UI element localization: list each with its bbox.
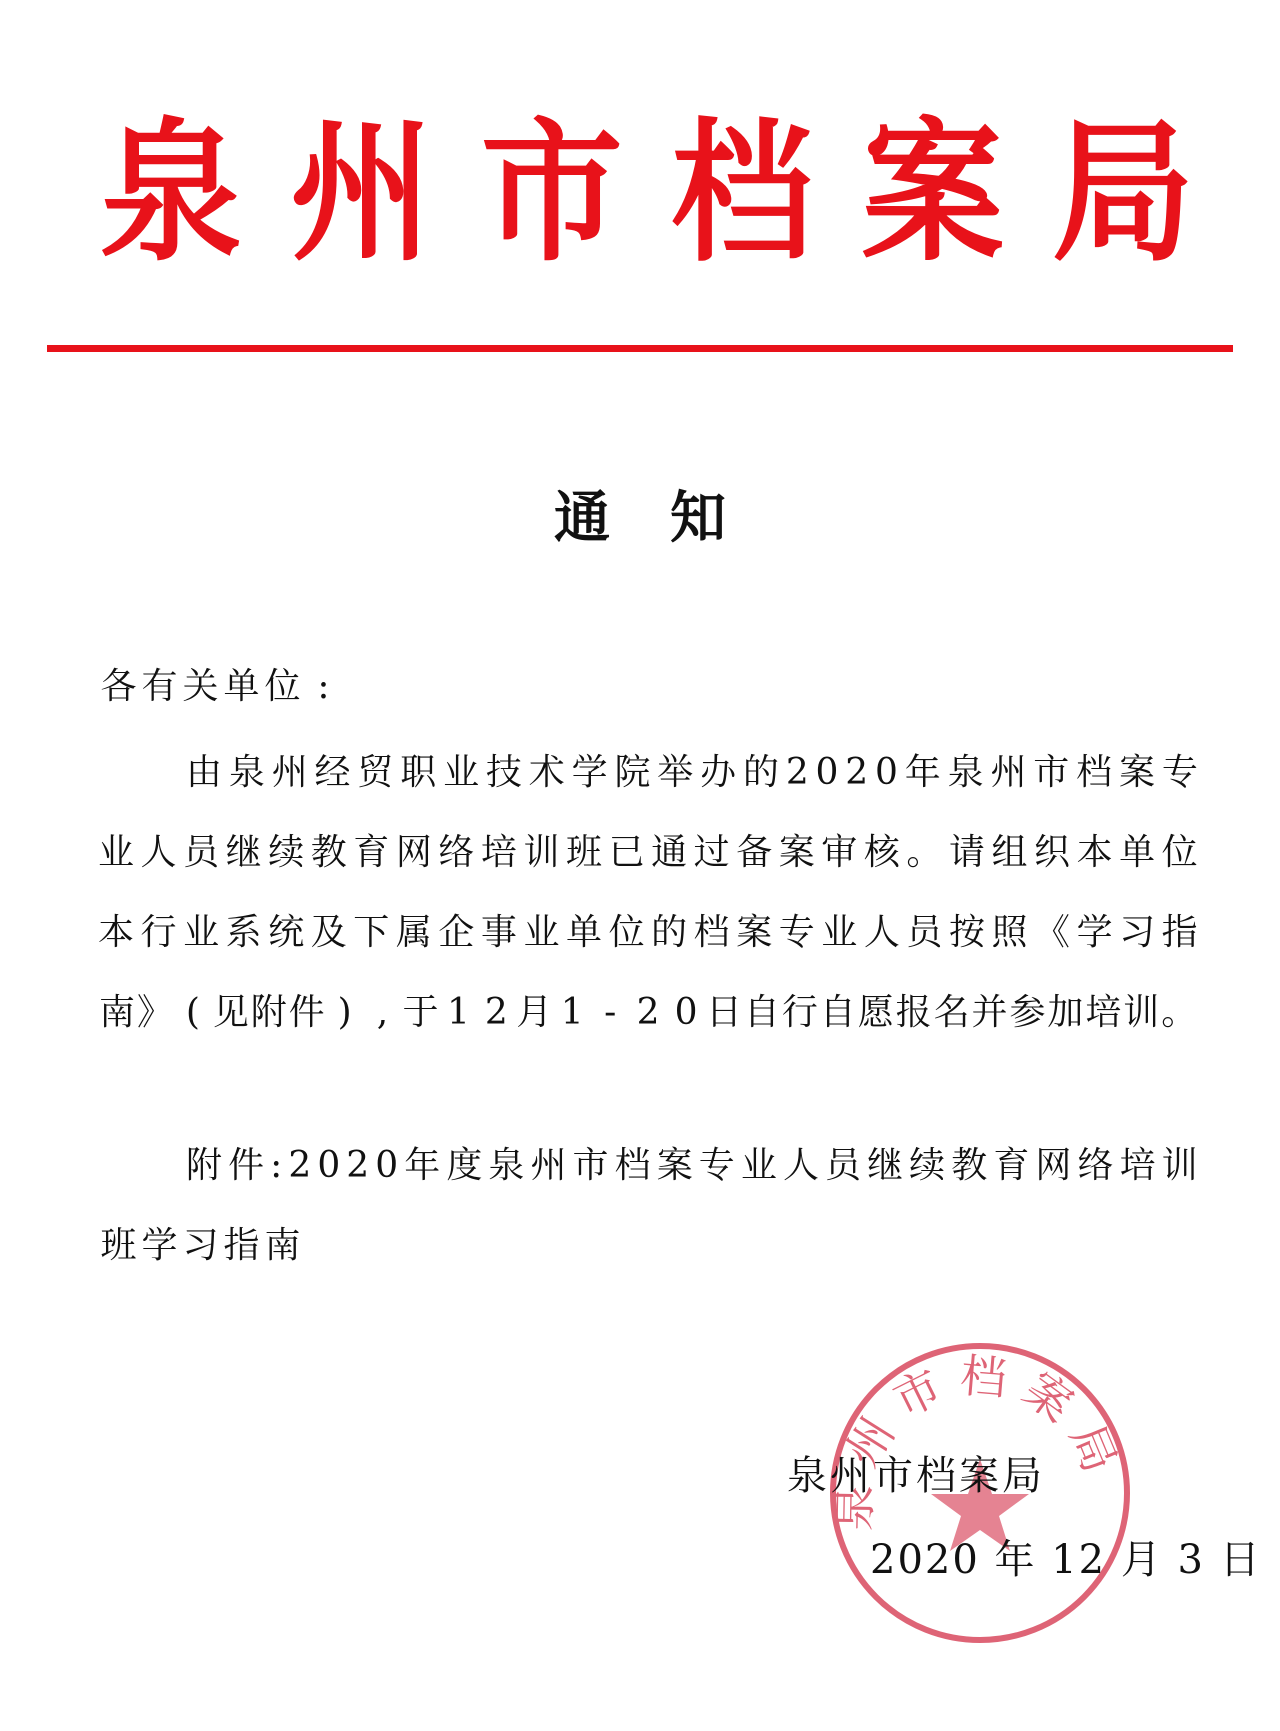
body-line: 南》(见附件),于12月1-20日自行自愿报名并参加培训。 (98, 973, 1198, 1053)
attachment-line: 附件:2020年度泉州市档案专业人员继续教育网络培训 (98, 1126, 1198, 1206)
letterhead-title: 泉 州 市 档 案 局 (100, 112, 1194, 274)
salutation: 各有关单位: (98, 647, 1198, 727)
letterhead-divider (47, 345, 1233, 352)
attachment-note: 附件:2020年度泉州市档案专业人员继续教育网络培训 班学习指南 (98, 1126, 1198, 1286)
attachment-line: 班学习指南 (98, 1206, 1198, 1286)
signature-org: 泉州市档案局 (787, 1452, 1045, 1500)
letterhead-char: 州 (290, 116, 432, 269)
body-line: 本行业系统及下属企事业单位的档案专业人员按照《学习指 (98, 893, 1198, 973)
body-paragraph: 由泉州经贸职业技术学院举办的2020年泉州市档案专 业人员继续教育网络培训班已通… (98, 733, 1198, 1053)
salutation-text: 各有关单位: (98, 647, 1198, 727)
body-line: 业人员继续教育网络培训班已通过备案审核。请组织本单位 (98, 813, 1198, 893)
body-line: 由泉州经贸职业技术学院举办的2020年泉州市档案专 (98, 733, 1198, 813)
document-title: 通知 (0, 488, 1280, 548)
signature-date: 2020 年 12 月 3 日 (870, 1536, 1262, 1584)
letterhead-char: 局 (1052, 116, 1194, 269)
letterhead-char: 档 (671, 116, 813, 269)
letterhead-char: 市 (481, 116, 623, 269)
letterhead-char: 案 (862, 116, 1004, 269)
letterhead-char: 泉 (100, 116, 242, 269)
